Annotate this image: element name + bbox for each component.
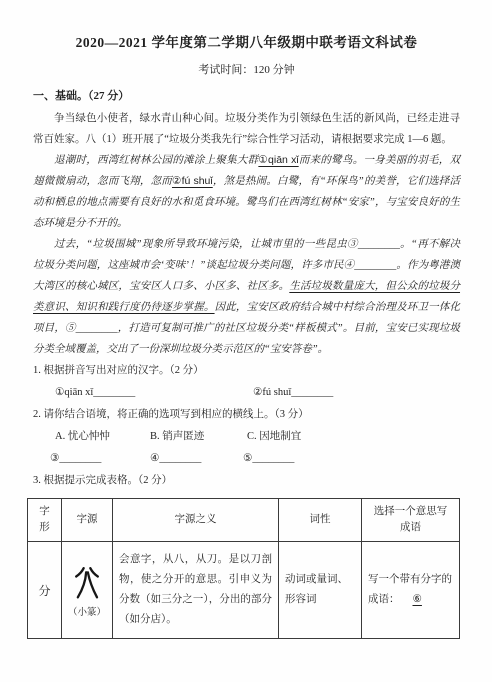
header-idiom-task: 选择一个意思写成语: [362, 499, 460, 542]
option-a: A. 忧心忡忡: [55, 426, 150, 448]
q2-blank-5: ⑤________: [243, 448, 294, 470]
origin-caption: （小篆）: [64, 607, 110, 620]
q2-blank-3: ③________: [50, 448, 150, 470]
glyph-cell: 分: [28, 542, 62, 639]
header-char-form: 字形: [28, 499, 62, 542]
header-origin-meaning: 字源之义: [113, 499, 279, 542]
question-1-blanks: ①qiān xǐ________②fú shuǐ________: [33, 382, 460, 404]
table-header-row: 字形 字源 字源之义 词性 选择一个意思写成语: [28, 499, 460, 542]
question-3: 3. 根据提示完成表格。（2 分）: [33, 470, 460, 492]
passage-paragraph-2: 过去，“垃圾围城”现象所导致环境污染，让城市里的一些昆虫③________。“再…: [33, 234, 460, 360]
option-c: C. 因地制宜: [247, 426, 301, 448]
table-row: 分 （小篆） 会意字，从八，从刀。是以刀剖物，使之分开的意思。引申义为分数（如三…: [28, 542, 460, 639]
idiom-cell: 写一个带有分字的成语：⑥: [362, 542, 460, 639]
question-2-options: A. 忧心忡忡B. 销声匿迹C. 因地制宜: [33, 426, 460, 448]
question-3-label: 3. 根据提示完成表格。（2 分）: [33, 470, 460, 492]
idiom-blank-6: ⑥: [400, 594, 435, 605]
question-2-blanks: ③________④________⑤________: [33, 448, 460, 470]
section-heading: 一、基础。（27 分）: [33, 88, 460, 104]
exam-paper-page: 2020—2021 学年度第二学期八年级期中联考语文科试卷 考试时间：120 分…: [0, 0, 492, 682]
pinyin-term-1: ①qiān xǐ: [258, 154, 298, 166]
question-1: 1. 根据拼音写出对应的汉字。（2 分） ①qiān xǐ________②fú…: [33, 360, 460, 404]
intro-paragraph: 争当绿色小使者，绿水青山种心间。垃圾分类作为引领绿色生活的新风尚，已经走进寻常百…: [33, 108, 460, 150]
meaning-cell: 会意字，从八，从刀。是以刀剖物，使之分开的意思。引申义为分数（如三分之一），分出…: [113, 542, 279, 639]
q2-blank-4: ④________: [150, 448, 243, 470]
seal-script-fen-icon: [72, 563, 102, 605]
character-analysis-table: 字形 字源 字源之义 词性 选择一个意思写成语 分: [27, 498, 460, 639]
exam-time-label: 考试时间：120 分钟: [33, 62, 460, 78]
question-1-label: 1. 根据拼音写出对应的汉字。（2 分）: [33, 360, 460, 382]
question-2-label: 2. 请你结合语境，将正确的选项写到相应的横线上。（3 分）: [33, 404, 460, 426]
option-b: B. 销声匿迹: [150, 426, 247, 448]
passage-paragraph-1: 退潮时，西湾红树林公园的滩涂上聚集大群①qiān xǐ而来的鹭鸟。一身美丽的羽毛…: [33, 150, 460, 234]
page-title: 2020—2021 学年度第二学期八年级期中联考语文科试卷: [33, 34, 460, 52]
header-char-origin: 字源: [62, 499, 113, 542]
q1-blank-1: ①qiān xǐ________: [55, 382, 253, 404]
q1-blank-2: ②fú shuǐ________: [253, 382, 333, 404]
header-part-of-speech: 词性: [279, 499, 362, 542]
passage-1-segment: 退潮时，西湾红树林公园的滩涂上聚集大群: [54, 155, 258, 166]
part-of-speech-cell: 动词或量词、形容词: [279, 542, 362, 639]
origin-cell: （小篆）: [62, 542, 113, 639]
pinyin-term-2: ②fú shuǐ: [172, 175, 213, 187]
question-2: 2. 请你结合语境，将正确的选项写到相应的横线上。（3 分） A. 忧心忡忡B.…: [33, 404, 460, 470]
